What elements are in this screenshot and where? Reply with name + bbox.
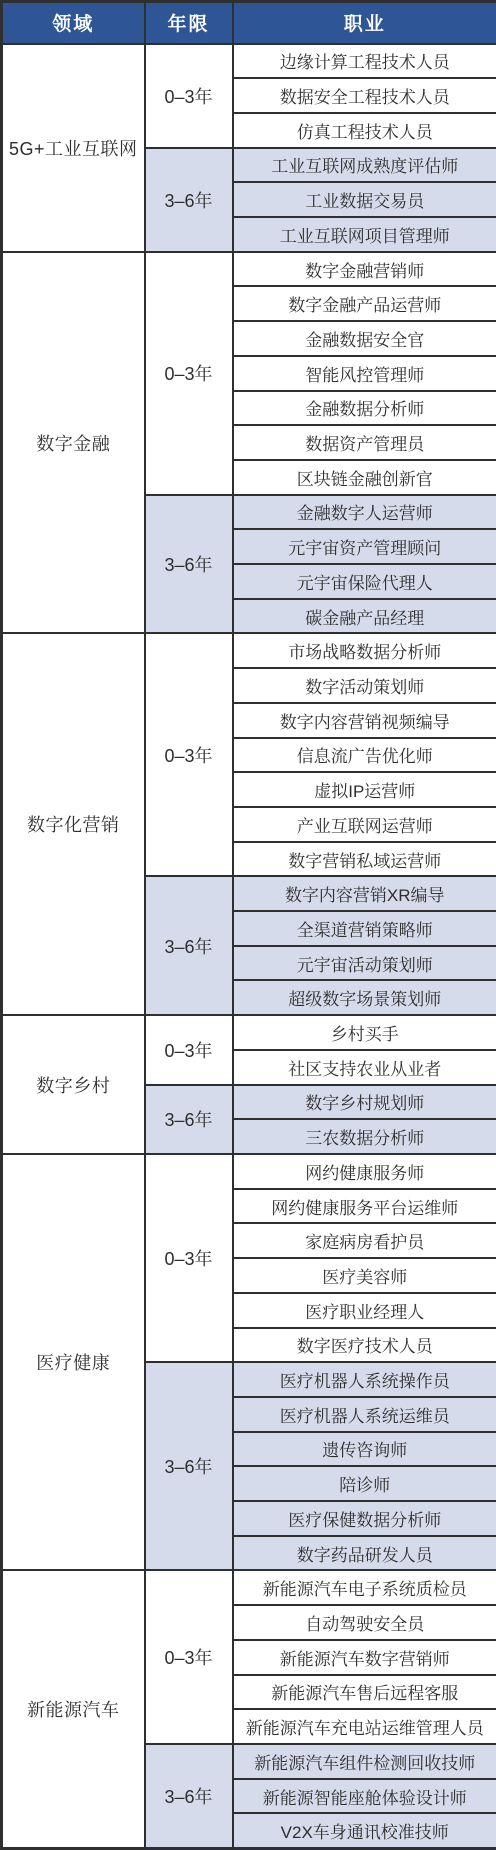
job-cell: 数字乡村规划师 <box>233 1085 496 1120</box>
years-cell: 3–6年 <box>145 148 233 252</box>
job-cell: 新能源汽车售后远程客服 <box>233 1675 496 1710</box>
header-row: 领域 年限 职业 <box>2 2 496 44</box>
job-cell: 金融数字人运营师 <box>233 495 496 530</box>
job-cell: 新能源汽车组件检测回收技师 <box>233 1744 496 1779</box>
job-cell: 元宇宙资产管理顾问 <box>233 529 496 564</box>
domain-cell: 数字乡村 <box>2 1015 145 1154</box>
job-cell: 工业互联网项目管理师 <box>233 217 496 252</box>
domain-cell: 数字金融 <box>2 252 145 634</box>
job-cell: 智能风控管理师 <box>233 356 496 391</box>
job-cell: 自动驾驶安全员 <box>233 1605 496 1640</box>
years-cell: 0–3年 <box>145 44 233 148</box>
domain-cell: 数字化营销 <box>2 633 145 1015</box>
job-cell: 元宇宙保险代理人 <box>233 564 496 599</box>
years-cell: 0–3年 <box>145 633 233 876</box>
job-cell: 边缘计算工程技术人员 <box>233 44 496 79</box>
job-cell: 数据资产管理员 <box>233 425 496 460</box>
job-cell: 仿真工程技术人员 <box>233 113 496 148</box>
job-cell: 数字内容营销XR编导 <box>233 876 496 911</box>
table-body: 5G+工业互联网0–3年边缘计算工程技术人员数据安全工程技术人员仿真工程技术人员… <box>2 44 496 1849</box>
job-cell: 金融数据分析师 <box>233 391 496 426</box>
header-domain: 领域 <box>2 2 145 44</box>
job-cell: 新能源汽车电子系统质检员 <box>233 1570 496 1605</box>
domain-cell: 医疗健康 <box>2 1154 145 1570</box>
occupation-table: 领域 年限 职业 5G+工业互联网0–3年边缘计算工程技术人员数据安全工程技术人… <box>0 0 496 1850</box>
job-cell: 全渠道营销策略师 <box>233 911 496 946</box>
table-header: 领域 年限 职业 <box>2 2 496 44</box>
job-cell: 碳金融产品经理 <box>233 599 496 634</box>
job-cell: 家庭病房看护员 <box>233 1223 496 1258</box>
domain-cell: 5G+工业互联网 <box>2 44 145 252</box>
years-cell: 3–6年 <box>145 1085 233 1154</box>
job-cell: 网约健康服务平台运维师 <box>233 1189 496 1224</box>
domain-cell: 新能源汽车 <box>2 1570 145 1848</box>
header-years: 年限 <box>145 2 233 44</box>
job-cell: 数据安全工程技术人员 <box>233 78 496 113</box>
job-cell: 新能源汽车数字营销师 <box>233 1640 496 1675</box>
job-cell: 工业互联网成熟度评估师 <box>233 148 496 183</box>
job-cell: 数字金融营销师 <box>233 252 496 287</box>
header-occupation: 职业 <box>233 2 496 44</box>
job-cell: 网约健康服务师 <box>233 1154 496 1189</box>
job-cell: 金融数据安全官 <box>233 321 496 356</box>
job-cell: 工业数据交易员 <box>233 182 496 217</box>
job-cell: 医疗机器人系统操作员 <box>233 1362 496 1397</box>
table-row: 新能源汽车0–3年新能源汽车电子系统质检员 <box>2 1570 496 1605</box>
job-cell: 陪诊师 <box>233 1466 496 1501</box>
job-cell: 产业互联网运营师 <box>233 807 496 842</box>
years-cell: 3–6年 <box>145 1362 233 1570</box>
table-row: 数字化营销0–3年市场战略数据分析师 <box>2 633 496 668</box>
job-cell: 数字营销私域运营师 <box>233 842 496 877</box>
job-cell: 区块链金融创新官 <box>233 460 496 495</box>
job-cell: 数字医疗技术人员 <box>233 1328 496 1363</box>
job-cell: 数字内容营销视频编导 <box>233 703 496 738</box>
job-cell: 遗传咨询师 <box>233 1432 496 1467</box>
job-cell: 医疗美容师 <box>233 1258 496 1293</box>
years-cell: 3–6年 <box>145 876 233 1015</box>
table-row: 5G+工业互联网0–3年边缘计算工程技术人员 <box>2 44 496 79</box>
years-cell: 3–6年 <box>145 495 233 634</box>
job-cell: 数字药品研发人员 <box>233 1536 496 1571</box>
years-cell: 0–3年 <box>145 1154 233 1362</box>
table-row: 医疗健康0–3年网约健康服务师 <box>2 1154 496 1189</box>
job-cell: 信息流广告优化师 <box>233 738 496 773</box>
job-cell: 医疗保健数据分析师 <box>233 1501 496 1536</box>
job-cell: 三农数据分析师 <box>233 1119 496 1154</box>
job-cell: 数字活动策划师 <box>233 668 496 703</box>
job-cell: 市场战略数据分析师 <box>233 633 496 668</box>
job-cell: 新能源汽车充电站运维管理人员 <box>233 1709 496 1744</box>
years-cell: 0–3年 <box>145 252 233 495</box>
table-row: 数字乡村0–3年乡村买手 <box>2 1015 496 1050</box>
job-cell: 虚拟IP运营师 <box>233 772 496 807</box>
job-cell: V2X车身通讯校准技师 <box>233 1813 496 1848</box>
job-cell: 乡村买手 <box>233 1015 496 1050</box>
job-cell: 新能源智能座舱体验设计师 <box>233 1779 496 1814</box>
job-cell: 医疗职业经理人 <box>233 1293 496 1328</box>
table-row: 数字金融0–3年数字金融营销师 <box>2 252 496 287</box>
job-cell: 元宇宙活动策划师 <box>233 946 496 981</box>
years-cell: 3–6年 <box>145 1744 233 1849</box>
job-cell: 超级数字场景策划师 <box>233 980 496 1015</box>
years-cell: 0–3年 <box>145 1015 233 1084</box>
job-cell: 数字金融产品运营师 <box>233 286 496 321</box>
job-cell: 医疗机器人系统运维员 <box>233 1397 496 1432</box>
job-cell: 社区支持农业从业者 <box>233 1050 496 1085</box>
years-cell: 0–3年 <box>145 1570 233 1744</box>
